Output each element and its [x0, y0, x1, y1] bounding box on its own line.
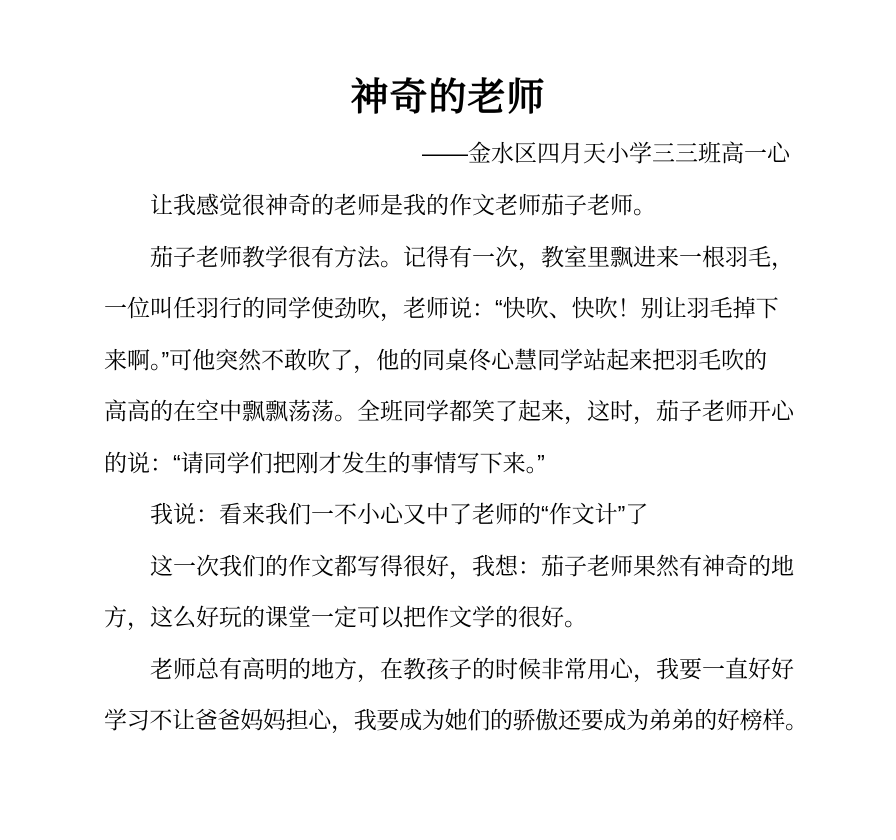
text-line: 这一次我们的作文都写得很好，我想：茄子老师果然有神奇的地 — [104, 541, 795, 593]
text-line: 来啊。”可他突然不敢吹了，他的同桌佟心慧同学站起来把羽毛吹的 — [104, 335, 795, 387]
text-line: 我说：看来我们一不小心又中了老师的“作文计”了 — [104, 489, 795, 541]
paragraph: 我说：看来我们一不小心又中了老师的“作文计”了 — [104, 489, 795, 541]
paragraph: 这一次我们的作文都写得很好，我想：茄子老师果然有神奇的地方，这么好玩的课堂一定可… — [104, 541, 795, 644]
text-line: 茄子老师教学很有方法。记得有一次，教室里飘进来一根羽毛， — [104, 232, 795, 284]
text-line: 学习不让爸爸妈妈担心，我要成为她们的骄傲还要成为弟弟的好榜样。 — [104, 695, 795, 747]
essay-body: 让我感觉很神奇的老师是我的作文老师茄子老师。茄子老师教学很有方法。记得有一次，教… — [104, 180, 795, 747]
paragraph: 让我感觉很神奇的老师是我的作文老师茄子老师。 — [104, 180, 795, 232]
text-line: 的说：“请同学们把刚才发生的事情写下来。” — [104, 438, 795, 490]
text-line: 方，这么好玩的课堂一定可以把作文学的很好。 — [104, 592, 795, 644]
text-line: 让我感觉很神奇的老师是我的作文老师茄子老师。 — [104, 180, 795, 232]
text-line: 老师总有高明的地方，在教孩子的时候非常用心，我要一直好好 — [104, 644, 795, 696]
paragraph: 茄子老师教学很有方法。记得有一次，教室里飘进来一根羽毛，一位叫任羽行的同学使劲吹… — [104, 232, 795, 490]
essay-title: 神奇的老师 — [0, 0, 896, 122]
document-page: 神奇的老师 ——金水区四月天小学三三班高一心 让我感觉很神奇的老师是我的作文老师… — [0, 0, 896, 840]
paragraph: 老师总有高明的地方，在教孩子的时候非常用心，我要一直好好学习不让爸爸妈妈担心，我… — [104, 644, 795, 747]
essay-byline: ——金水区四月天小学三三班高一心 — [0, 138, 896, 168]
text-line: 高高的在空中飘飘荡荡。全班同学都笑了起来，这时，茄子老师开心 — [104, 386, 795, 438]
text-line: 一位叫任羽行的同学使劲吹，老师说：“快吹、快吹！别让羽毛掉下 — [104, 283, 795, 335]
